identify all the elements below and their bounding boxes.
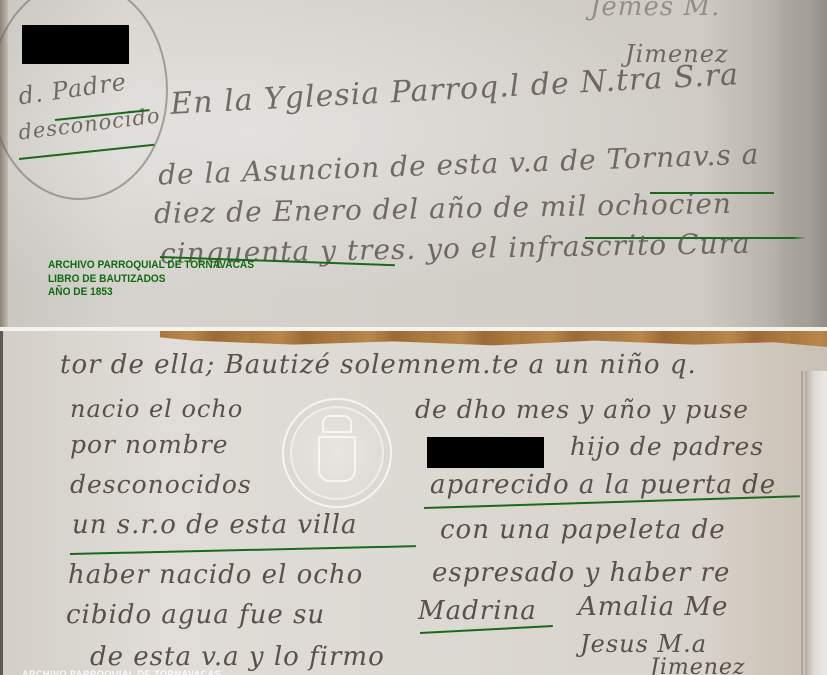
top-record-panel: Jemes M. d. Padre desconocido En la Ygle… [0, 0, 827, 327]
bottom-line-11: espresado y haber re [432, 558, 730, 588]
bottom-line-1: tor de ella; Bautizé solemnem.te a un ni… [60, 350, 697, 380]
bottom-line-17-signature: Jimenez [650, 655, 746, 675]
bottom-line-14: Amalia Me [578, 592, 728, 622]
wooden-background-strip [160, 331, 827, 347]
bottom-line-13-madrina: Madrina [418, 596, 537, 626]
caption-year: AÑO DE 1853 [48, 286, 254, 300]
bottom-line-7: aparecido a la puerta de [430, 470, 776, 500]
bottom-archive-caption: ARCHIVO PARROQUIAL DE TORNAVACAS [22, 669, 221, 675]
archive-caption: ARCHIVO PARROQUIAL DE TORNAVACAS LIBRO D… [48, 259, 254, 300]
caption-archive-name: ARCHIVO PARROQUIAL DE TORNAVACAS [48, 259, 254, 273]
page-left-border [0, 331, 3, 675]
record-line-3: diez de Enero del año de mil ochocien [154, 187, 732, 230]
seal-shield-icon [318, 436, 356, 482]
seal-crown-icon [322, 415, 352, 433]
bottom-line-16: Jesus M.a [580, 630, 707, 658]
page-right-edge [805, 371, 827, 675]
bottom-line-8: un s.r.o de esta villa [72, 510, 358, 540]
bottom-line-3: de dho mes y año y puse [415, 395, 749, 424]
bottom-line-5: hijo de padres [570, 432, 764, 461]
redaction-box-bottom [427, 437, 544, 468]
page-fold-line [801, 371, 803, 675]
bottom-line-4: por nombre [70, 430, 229, 459]
bottom-line-9: con una papeleta de [440, 515, 726, 545]
header-fragment: Jemes M. [590, 0, 720, 22]
signature-fragment: Jimenez [625, 40, 729, 68]
bottom-line-15: de esta v.a y lo firmo [90, 642, 385, 672]
bottom-line-2: nacio el ocho [70, 395, 243, 423]
redaction-box-top [22, 25, 129, 64]
bottom-line-10: haber nacido el ocho [68, 560, 363, 590]
caption-book-name: LIBRO DE BAUTIZADOS [48, 273, 254, 287]
bottom-line-6: desconocidos [70, 470, 252, 499]
bottom-line-12: cibido agua fue su [66, 600, 325, 630]
record-line-2: de la Asuncion de esta v.a de Tornav.s a [158, 138, 760, 192]
